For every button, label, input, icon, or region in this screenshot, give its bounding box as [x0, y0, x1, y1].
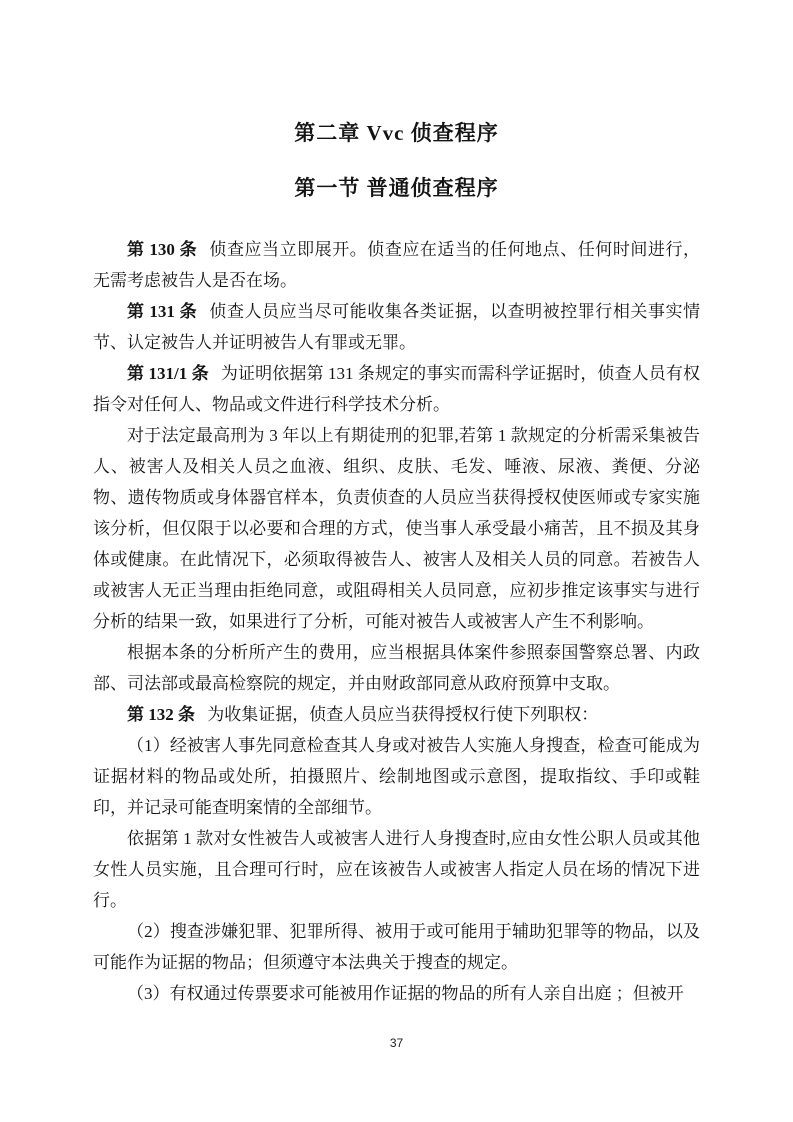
paragraph-item-2: （2）搜查涉嫌犯罪、犯罪所得、被用于或可能用于辅助犯罪等的物品，以及可能作为证据… [93, 916, 700, 978]
paragraph-text: 对于法定最高刑为 3 年以上有期徒刑的犯罪,若第 1 款规定的分析需采集被告人、… [93, 426, 700, 631]
paragraph-item-1: （1）经被害人事先同意检查其人身或对被告人实施人身搜查，检查可能成为证据材料的物… [93, 730, 700, 823]
paragraph: 对于法定最高刑为 3 年以上有期徒刑的犯罪,若第 1 款规定的分析需采集被告人、… [93, 420, 700, 637]
paragraph-article-131-1: 第 131/1 条为证明依据第 131 条规定的事实而需科学证据时，侦查人员有权… [93, 358, 700, 420]
section-heading: 第一节 普通侦查程序 [93, 177, 700, 199]
document-body: 第 130 条侦查应当立即展开。侦查应在适当的任何地点、任何时间进行，无需考虑被… [93, 234, 700, 1009]
paragraph-text: 依据第 1 款对女性被告人或被害人进行人身搜查时,应由女性公职人员或其他女性人员… [93, 829, 700, 910]
article-number: 第 132 条 [127, 705, 195, 724]
page-number: 37 [0, 1036, 793, 1050]
paragraph-text: 根据本条的分析所产生的费用，应当根据具体案件参照泰国警察总署、内政部、司法部或最… [93, 643, 700, 693]
paragraph-text: 为收集证据，侦查人员应当获得授权行使下列职权： [207, 705, 598, 724]
paragraph-item-3: （3）有权通过传票要求可能被用作证据的物品的所有人亲自出庭 ；但被开 [93, 978, 700, 1009]
paragraph-text: （1）经被害人事先同意检查其人身或对被告人实施人身搜查，检查可能成为证据材料的物… [93, 736, 700, 817]
article-number: 第 131 条 [127, 302, 197, 321]
paragraph-text: （3）有权通过传票要求可能被用作证据的物品的所有人亲自出庭 ；但被开 [127, 984, 684, 1003]
paragraph-article-131: 第 131 条侦查人员应当尽可能收集各类证据，以查明被控罪行相关事实情节、认定被… [93, 296, 700, 358]
paragraph-text: （2）搜查涉嫌犯罪、犯罪所得、被用于或可能用于辅助犯罪等的物品，以及可能作为证据… [93, 922, 700, 972]
paragraph: 依据第 1 款对女性被告人或被害人进行人身搜查时,应由女性公职人员或其他女性人员… [93, 823, 700, 916]
paragraph-article-132: 第 132 条为收集证据，侦查人员应当获得授权行使下列职权： [93, 699, 700, 730]
article-number: 第 130 条 [127, 240, 197, 259]
article-number: 第 131/1 条 [127, 364, 209, 383]
document-page: 第二章 Vvc 侦查程序 第一节 普通侦查程序 第 130 条侦查应当立即展开。… [0, 0, 793, 1122]
paragraph: 根据本条的分析所产生的费用，应当根据具体案件参照泰国警察总署、内政部、司法部或最… [93, 637, 700, 699]
chapter-heading: 第二章 Vvc 侦查程序 [93, 122, 700, 144]
paragraph-article-130: 第 130 条侦查应当立即展开。侦查应在适当的任何地点、任何时间进行，无需考虑被… [93, 234, 700, 296]
